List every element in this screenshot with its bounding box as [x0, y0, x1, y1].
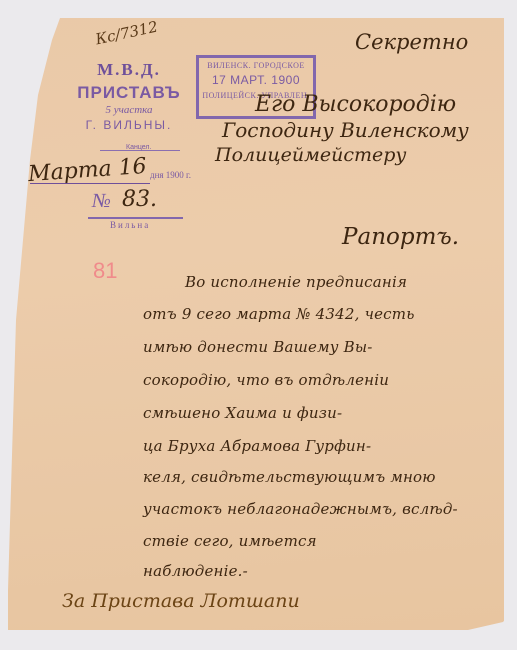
date-underline	[30, 183, 150, 184]
body-line-8: участокъ неблагонадежнымъ, вслѣд-	[143, 500, 458, 518]
body-line-5: смѣшено Хаима и физи-	[143, 404, 342, 422]
received-stamp-date: 17 МАРТ. 1900	[199, 73, 313, 88]
body-line-6: ца Бруха Абрамова Гурфин-	[143, 437, 371, 455]
stamp-footer: Вильна	[110, 220, 150, 230]
bailiff-header-stamp: М.В.Д. ПРИСТАВЪ 5 участка Г. ВИЛЬНЫ.	[62, 60, 196, 132]
bailiff-label: ПРИСТАВЪ	[62, 83, 196, 103]
body-line-10: наблюденіе.-	[143, 562, 248, 580]
body-line-3: имѣю донести Вашему Вы-	[143, 338, 373, 356]
ministry-label: М.В.Д.	[62, 60, 196, 80]
addressee-line-1: Его Высокородію	[255, 92, 456, 117]
city-label: Г. ВИЛЬНЫ.	[62, 118, 196, 132]
body-line-7: келя, свидѣтельствующимъ мною	[143, 468, 436, 486]
classification-mark: Секретно	[355, 30, 468, 54]
body-line-2: отъ 9 сего марта № 4342, честь	[143, 305, 415, 323]
number-sign: №	[92, 190, 111, 213]
document-title: Рапортъ.	[342, 224, 459, 250]
number-rule	[88, 217, 183, 219]
signature: За Пристава Лотшапи	[62, 590, 300, 612]
date-printed: дня 1900 г.	[150, 170, 191, 180]
number-handwritten: 83.	[122, 187, 157, 212]
body-line-9: ствіе сего, имѣется	[143, 532, 317, 550]
precinct-label: 5 участка	[62, 104, 196, 116]
body-line-1: Во исполненіе предписанія	[185, 273, 407, 291]
addressee-line-3: Полицеймейстеру	[215, 144, 406, 166]
body-line-4: сокородію, что въ отдѣленіи	[143, 371, 389, 389]
seal-mark: Канцел.	[126, 144, 151, 151]
page-number: 81	[93, 258, 117, 284]
received-stamp-line1: ВИЛЕНСК. ГОРОДСКОЕ	[199, 58, 313, 73]
addressee-line-2: Господину Виленскому	[222, 118, 469, 142]
